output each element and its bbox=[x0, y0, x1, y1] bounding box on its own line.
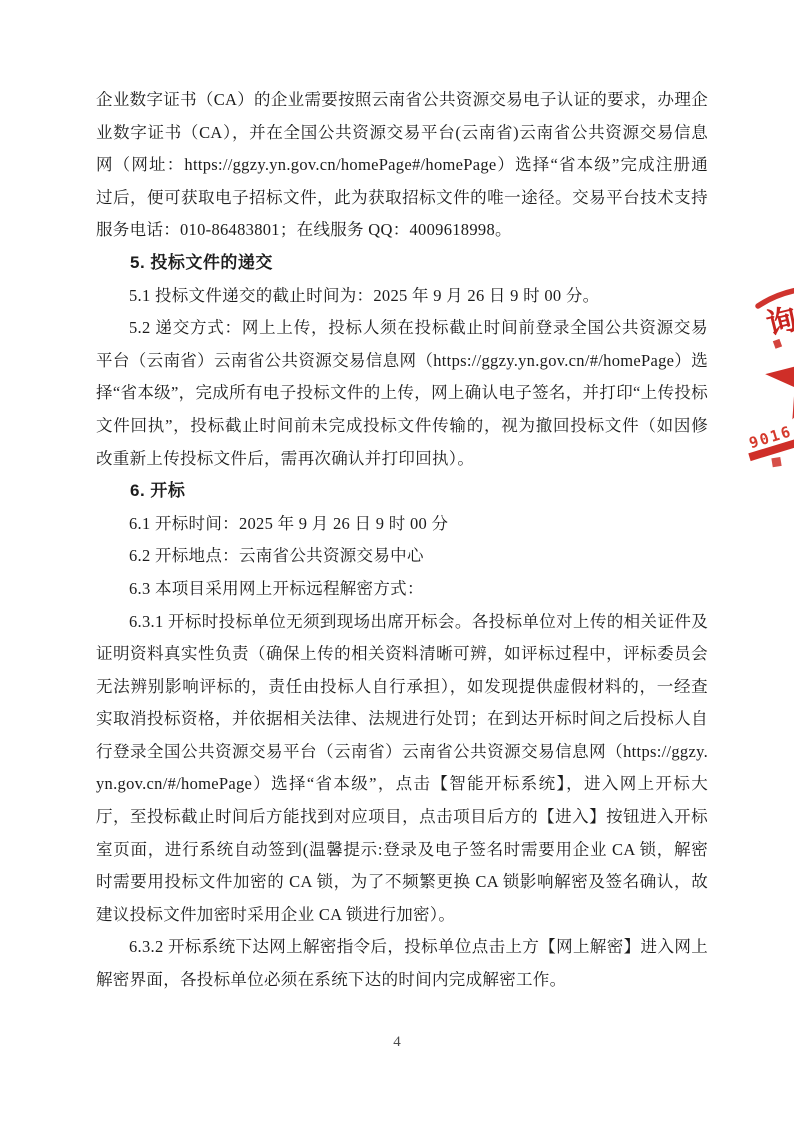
seal-border-arc-icon bbox=[758, 287, 794, 306]
seal-character: 询 bbox=[763, 303, 794, 342]
page-number: 4 bbox=[0, 1034, 794, 1051]
clause-5-2: 5.2 递交方式：网上上传，投标人须在投标截止时间前登录全国公共资源交易平台（云… bbox=[96, 312, 708, 475]
section-5-heading: 5. 投标文件的递交 bbox=[96, 247, 708, 280]
clause-6-3-2: 6.3.2 开标系统下达网上解密指令后，投标单位点击上方【网上解密】进入网上解密… bbox=[96, 931, 708, 996]
clause-6-3: 6.3 本项目采用网上开标远程解密方式： bbox=[96, 573, 708, 606]
seal-star-icon bbox=[765, 334, 794, 419]
red-seal-stamp: 询 9016 bbox=[744, 282, 794, 492]
seal-stamp-graphic: 询 9016 bbox=[744, 282, 794, 492]
seal-small-glyph bbox=[771, 457, 781, 467]
section-6-heading: 6. 开标 bbox=[96, 475, 708, 508]
document-content: 企业数字证书（CA）的企业需要按照云南省公共资源交易电子认证的要求，办理企业数字… bbox=[96, 84, 708, 997]
seal-number-text: 9016 bbox=[747, 422, 794, 452]
seal-number-fragment: 9016 bbox=[743, 420, 794, 474]
paragraph-ca-certificate: 企业数字证书（CA）的企业需要按照云南省公共资源交易电子认证的要求，办理企业数字… bbox=[96, 84, 708, 247]
seal-bar bbox=[748, 438, 794, 461]
seal-ink-dot bbox=[773, 339, 782, 349]
clause-6-1: 6.1 开标时间：2025 年 9 月 26 日 9 时 00 分 bbox=[96, 508, 708, 541]
document-page: 企业数字证书（CA）的企业需要按照云南省公共资源交易电子认证的要求，办理企业数字… bbox=[0, 0, 794, 1123]
clause-6-2: 6.2 开标地点：云南省公共资源交易中心 bbox=[96, 540, 708, 573]
clause-6-3-1: 6.3.1 开标时投标单位无须到现场出席开标会。各投标单位对上传的相关证件及证明… bbox=[96, 606, 708, 932]
clause-5-1: 5.1 投标文件递交的截止时间为：2025 年 9 月 26 日 9 时 00 … bbox=[96, 280, 708, 313]
